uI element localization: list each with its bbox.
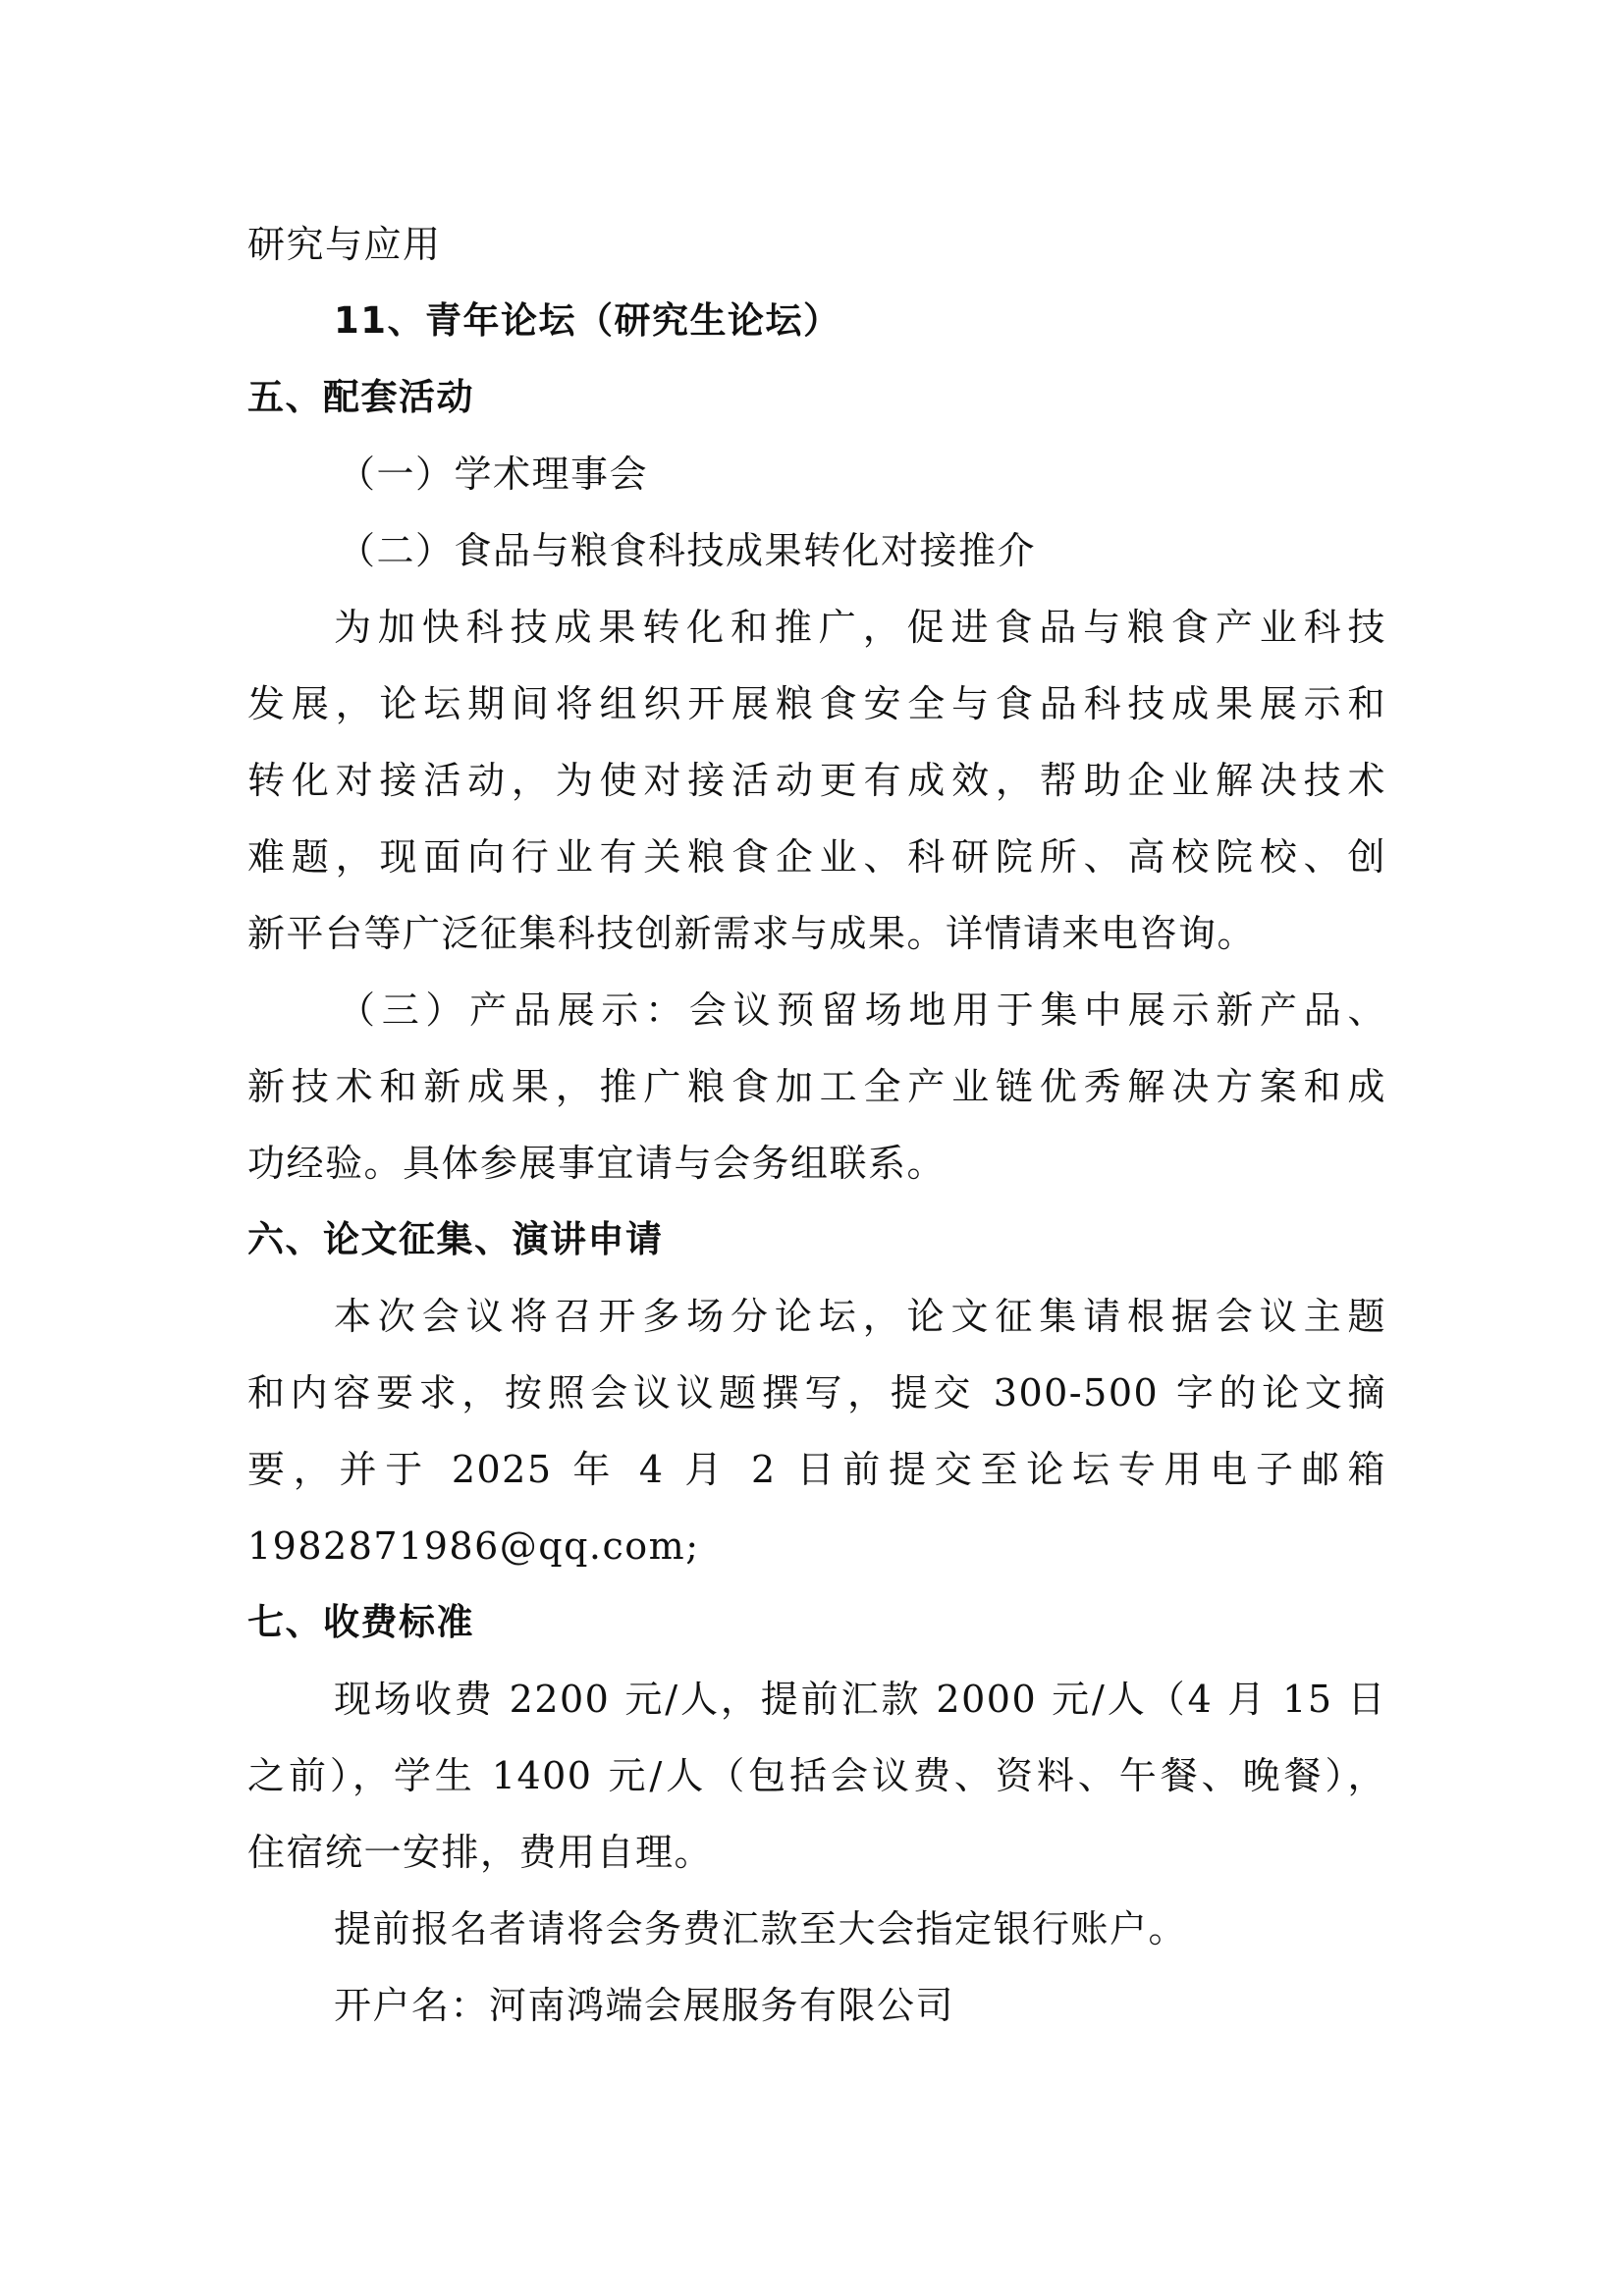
section-heading-fees: 七、收费标准 [247,1584,1386,1661]
subforum-item-11: 11、青年论坛（研究生论坛） [247,283,1386,359]
section-heading-papers: 六、论文征集、演讲申请 [247,1201,1386,1278]
paragraph-product-exhibition: （三）产品展示：会议预留场地用于集中展示新产品、 新技术和新成果，推广粮食加工全… [247,972,1386,1201]
paragraph-line: 功经验。具体参展事宜请与会务组联系。 [247,1125,1386,1201]
paragraph-line: 本次会议将召开多场分论坛，论文征集请根据会议主题 [247,1278,1386,1355]
paragraph-fees: 现场收费 2200 元/人，提前汇款 2000 元/人（4 月 15 日 之前）… [247,1661,1386,1891]
paragraph-line: （三）产品展示：会议预留场地用于集中展示新产品、 [247,972,1386,1048]
document-page: 研究与应用 11、青年论坛（研究生论坛） 五、配套活动 （一）学术理事会 （二）… [247,206,1386,2044]
paragraph-tech-transfer: 为加快科技成果转化和推广，促进食品与粮食产业科技 发展，论坛期间将组织开展粮食安… [247,589,1386,972]
account-name: 开户名：河南鸿端会展服务有限公司 [247,1967,1386,2044]
paragraph-line: 和内容要求，按照会议议题撰写，提交 300-500 字的论文摘 [247,1355,1386,1431]
paragraph-line: 新平台等广泛征集科技创新需求与成果。详情请来电咨询。 [247,895,1386,972]
paragraph-paper-call: 本次会议将召开多场分论坛，论文征集请根据会议主题 和内容要求，按照会议议题撰写，… [247,1278,1386,1584]
paragraph-line: 转化对接活动，为使对接活动更有成效，帮助企业解决技术 [247,742,1386,819]
paragraph-line: 要，并于 2025 年 4 月 2 日前提交至论坛专用电子邮箱 [247,1431,1386,1508]
activity-item-1: （一）学术理事会 [247,436,1386,512]
paragraph-line: 住宿统一安排，费用自理。 [247,1814,1386,1891]
paragraph-line: 为加快科技成果转化和推广，促进食品与粮食产业科技 [247,589,1386,666]
contact-email: 1982871986@qq.com; [247,1508,1386,1584]
text-line-continuation: 研究与应用 [247,206,1386,283]
paragraph-line: 发展，论坛期间将组织开展粮食安全与食品科技成果展示和 [247,666,1386,742]
section-heading-activities: 五、配套活动 [247,359,1386,436]
paragraph-line: 新技术和新成果，推广粮食加工全产业链优秀解决方案和成 [247,1048,1386,1125]
paragraph-line: 难题，现面向行业有关粮食企业、科研院所、高校院校、创 [247,819,1386,895]
paragraph-remittance: 提前报名者请将会务费汇款至大会指定银行账户。 [247,1891,1386,1967]
paragraph-line: 之前），学生 1400 元/人（包括会议费、资料、午餐、晚餐）， [247,1737,1386,1814]
paragraph-line: 现场收费 2200 元/人，提前汇款 2000 元/人（4 月 15 日 [247,1661,1386,1737]
activity-item-2: （二）食品与粮食科技成果转化对接推介 [247,512,1386,589]
